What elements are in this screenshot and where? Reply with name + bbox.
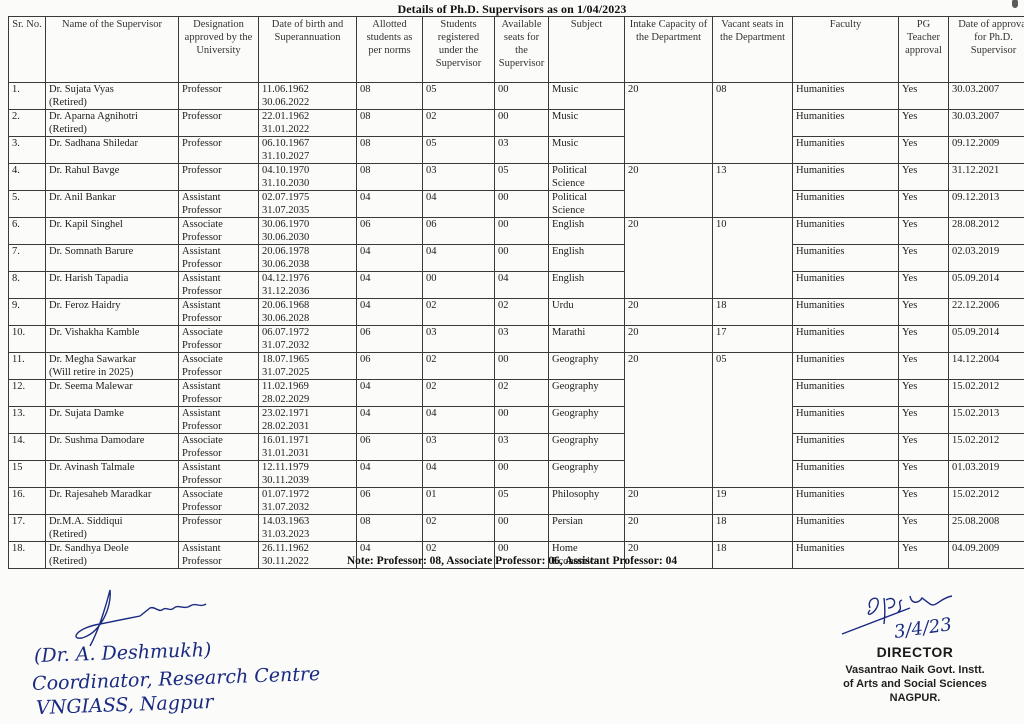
- available-seats: 00: [495, 461, 549, 488]
- dob-superannuation-line-2: 30.06.2030: [262, 232, 353, 245]
- supervisor-name: Dr. Somnath Barure: [46, 245, 179, 272]
- designation-line-1: Assistant: [182, 246, 255, 259]
- designation-line-1: Assistant: [182, 273, 255, 286]
- faculty: Humanities: [793, 488, 899, 515]
- available-seats: 03: [495, 137, 549, 164]
- designation: Professor: [179, 110, 259, 137]
- designation-line-2: Professor: [182, 502, 255, 515]
- faculty: Humanities: [793, 137, 899, 164]
- supervisor-name-line-1: Dr. Anil Bankar: [49, 192, 175, 205]
- allotted-students: 04: [357, 245, 423, 272]
- allotted-students: 04: [357, 299, 423, 326]
- faculty: Humanities: [793, 218, 899, 245]
- supervisor-name-line-2: (Retired): [49, 124, 175, 137]
- allotted-students: 04: [357, 407, 423, 434]
- subject: Music: [549, 83, 625, 110]
- director-signature-block: 3/4/23 DIRECTOR Vasantrao Naik Govt. Ins…: [830, 588, 1000, 718]
- pg-teacher-approval: Yes: [899, 488, 949, 515]
- supervisor-name-line-1: Dr. Sujata Vyas: [49, 84, 175, 97]
- dob-superannuation-line-1: 22.01.1962: [262, 111, 353, 124]
- approval-date: 30.03.2007: [949, 110, 1024, 137]
- approval-date: 15.02.2012: [949, 380, 1024, 407]
- approval-date: 31.12.2021: [949, 164, 1024, 191]
- available-seats: 03: [495, 434, 549, 461]
- registered-students: 04: [423, 461, 495, 488]
- dob-superannuation-line-2: 31.07.2025: [262, 367, 353, 380]
- sr-no: 8.: [9, 272, 46, 299]
- dob-superannuation-line-1: 20.06.1978: [262, 246, 353, 259]
- designation-line-2: Professor: [182, 259, 255, 272]
- supervisor-name: Dr. Megha Sawarkar(Will retire in 2025): [46, 353, 179, 380]
- intake-capacity: 20: [625, 488, 713, 515]
- intake-capacity: 20: [625, 299, 713, 326]
- coordinator-name: (Dr. A. Deshmukh): [34, 639, 212, 667]
- approval-date: 15.02.2012: [949, 434, 1024, 461]
- sr-no: 4.: [9, 164, 46, 191]
- sr-no: 16.: [9, 488, 46, 515]
- faculty: Humanities: [793, 164, 899, 191]
- designation-line-1: Assistant: [182, 408, 255, 421]
- coordinator-institution: VNGIASS, Nagpur: [36, 691, 214, 719]
- supervisor-name: Dr. Harish Tapadia: [46, 272, 179, 299]
- header-faculty: Faculty: [793, 17, 899, 83]
- dob-superannuation-line-1: 11.06.1962: [262, 84, 353, 97]
- table-row: 9.Dr. Feroz HaidryAssistantProfessor20.0…: [9, 299, 1024, 326]
- header-designation: Designation approved by the University: [179, 17, 259, 83]
- subject: Geography: [549, 380, 625, 407]
- available-seats: 02: [495, 380, 549, 407]
- table-row: 4.Dr. Rahul BavgeProfessor04.10.197031.1…: [9, 164, 1024, 191]
- subject: Geography: [549, 461, 625, 488]
- dob-superannuation-line-1: 18.07.1965: [262, 354, 353, 367]
- dob-superannuation-line-1: 26.11.1962: [262, 543, 353, 556]
- designation-line-2: Professor: [182, 286, 255, 299]
- institution-line-2: of Arts and Social Sciences: [830, 677, 1000, 691]
- sr-no: 7.: [9, 245, 46, 272]
- dob-superannuation-line-1: 01.07.1972: [262, 489, 353, 502]
- registered-students: 02: [423, 515, 495, 542]
- approval-date: 30.03.2007: [949, 83, 1024, 110]
- table-header-row: Sr. No. Name of the Supervisor Designati…: [9, 17, 1024, 83]
- supervisor-name-line-1: Dr. Feroz Haidry: [49, 300, 175, 313]
- designation: AssociateProfessor: [179, 218, 259, 245]
- allotted-students: 04: [357, 272, 423, 299]
- dob-superannuation-line-1: 06.07.1972: [262, 327, 353, 340]
- subject: English: [549, 218, 625, 245]
- designation: AssistantProfessor: [179, 461, 259, 488]
- designation: Professor: [179, 515, 259, 542]
- designation-line-2: Professor: [182, 475, 255, 488]
- designation-line-1: Associate: [182, 435, 255, 448]
- faculty: Humanities: [793, 299, 899, 326]
- available-seats: 00: [495, 83, 549, 110]
- available-seats: 05: [495, 164, 549, 191]
- table-row: 5.Dr. Anil BankarAssistantProfessor02.07…: [9, 191, 1024, 218]
- header-allotted: Allotted students as per norms: [357, 17, 423, 83]
- note: Note: Professor: 08, Associate Professor…: [0, 555, 1024, 567]
- sr-no: 13.: [9, 407, 46, 434]
- faculty: Humanities: [793, 515, 899, 542]
- dob-superannuation: 11.06.196230.06.2022: [259, 83, 357, 110]
- allotted-students: 08: [357, 83, 423, 110]
- designation-line-2: Professor: [182, 421, 255, 434]
- approval-date: 05.09.2014: [949, 272, 1024, 299]
- available-seats: 00: [495, 353, 549, 380]
- dob-superannuation: 20.06.196830.06.2028: [259, 299, 357, 326]
- pg-teacher-approval: Yes: [899, 245, 949, 272]
- dob-superannuation-line-2: 31.10.2030: [262, 178, 353, 191]
- table-row: 8.Dr. Harish TapadiaAssistantProfessor04…: [9, 272, 1024, 299]
- table-row: 17.Dr.M.A. Siddiqui(Retired)Professor14.…: [9, 515, 1024, 542]
- dob-superannuation: 16.01.197131.01.2031: [259, 434, 357, 461]
- allotted-students: 06: [357, 488, 423, 515]
- available-seats: 00: [495, 515, 549, 542]
- approval-date: 25.08.2008: [949, 515, 1024, 542]
- faculty: Humanities: [793, 407, 899, 434]
- header-registered: Students registered under the Supervisor: [423, 17, 495, 83]
- vacant-seats: 05: [713, 353, 793, 488]
- sr-no: 11.: [9, 353, 46, 380]
- supervisor-name-line-1: Dr. Vishakha Kamble: [49, 327, 175, 340]
- allotted-students: 04: [357, 191, 423, 218]
- dob-superannuation-line-1: 11.02.1969: [262, 381, 353, 394]
- supervisor-name-line-2: (Will retire in 2025): [49, 367, 175, 380]
- sr-no: 12.: [9, 380, 46, 407]
- dob-superannuation-line-2: 30.06.2028: [262, 313, 353, 326]
- table-row: 14.Dr. Sushma DamodareAssociateProfessor…: [9, 434, 1024, 461]
- dob-superannuation-line-1: 16.01.1971: [262, 435, 353, 448]
- dob-superannuation-line-2: 30.11.2039: [262, 475, 353, 488]
- header-available: Available seats for the Supervisor: [495, 17, 549, 83]
- sr-no: 17.: [9, 515, 46, 542]
- vacant-seats: 17: [713, 326, 793, 353]
- header-subject: Subject: [549, 17, 625, 83]
- designation: AssociateProfessor: [179, 326, 259, 353]
- dob-superannuation: 04.10.197031.10.2030: [259, 164, 357, 191]
- designation: AssistantProfessor: [179, 272, 259, 299]
- supervisor-name: Dr. Rajesaheb Maradkar: [46, 488, 179, 515]
- approval-date: 15.02.2013: [949, 407, 1024, 434]
- supervisor-name: Dr. Sujata Vyas(Retired): [46, 83, 179, 110]
- dob-superannuation-line-2: 31.10.2027: [262, 151, 353, 164]
- registered-students: 04: [423, 245, 495, 272]
- supervisor-name: Dr. Aparna Agnihotri(Retired): [46, 110, 179, 137]
- coordinator-title: Coordinator, Research Centre: [32, 663, 321, 695]
- designation-line-1: Assistant: [182, 300, 255, 313]
- registered-students: 03: [423, 164, 495, 191]
- supervisor-name: Dr. Rahul Bavge: [46, 164, 179, 191]
- allotted-students: 08: [357, 110, 423, 137]
- subject: Urdu: [549, 299, 625, 326]
- dob-superannuation-line-2: 30.06.2038: [262, 259, 353, 272]
- dob-superannuation: 11.02.196928.02.2029: [259, 380, 357, 407]
- sr-no: 15: [9, 461, 46, 488]
- supervisor-name-line-1: Dr. Aparna Agnihotri: [49, 111, 175, 124]
- sr-no: 6.: [9, 218, 46, 245]
- subject: Philosophy: [549, 488, 625, 515]
- table-row: 2.Dr. Aparna Agnihotri(Retired)Professor…: [9, 110, 1024, 137]
- designation-line-1: Assistant: [182, 543, 255, 556]
- designation-line-2: Professor: [182, 205, 255, 218]
- vacant-seats: 18: [713, 299, 793, 326]
- dob-superannuation-line-2: 28.02.2031: [262, 421, 353, 434]
- institution-line-3: NAGPUR.: [830, 691, 1000, 705]
- registered-students: 02: [423, 380, 495, 407]
- table-row: 11.Dr. Megha Sawarkar(Will retire in 202…: [9, 353, 1024, 380]
- vacant-seats: 13: [713, 164, 793, 218]
- designation: Professor: [179, 137, 259, 164]
- pg-teacher-approval: Yes: [899, 299, 949, 326]
- header-vacant: Vacant seats in the Department: [713, 17, 793, 83]
- supervisor-name: Dr. Sadhana Shiledar: [46, 137, 179, 164]
- available-seats: 00: [495, 191, 549, 218]
- approval-date: 02.03.2019: [949, 245, 1024, 272]
- header-name: Name of the Supervisor: [46, 17, 179, 83]
- sr-no: 2.: [9, 110, 46, 137]
- subject: Political Science: [549, 191, 625, 218]
- available-seats: 02: [495, 299, 549, 326]
- designation: Professor: [179, 83, 259, 110]
- subject: English: [549, 245, 625, 272]
- supervisor-name: Dr. Sujata Damke: [46, 407, 179, 434]
- designation: AssistantProfessor: [179, 380, 259, 407]
- pg-teacher-approval: Yes: [899, 191, 949, 218]
- designation-line-1: Assistant: [182, 192, 255, 205]
- table-row: 12.Dr. Seema MalewarAssistantProfessor11…: [9, 380, 1024, 407]
- dob-superannuation-line-2: 31.03.2023: [262, 529, 353, 542]
- faculty: Humanities: [793, 434, 899, 461]
- faculty: Humanities: [793, 461, 899, 488]
- available-seats: 03: [495, 326, 549, 353]
- dob-superannuation: 22.01.196231.01.2022: [259, 110, 357, 137]
- designation: AssistantProfessor: [179, 299, 259, 326]
- pg-teacher-approval: Yes: [899, 272, 949, 299]
- designation-line-1: Associate: [182, 327, 255, 340]
- table-body: 1.Dr. Sujata Vyas(Retired)Professor11.06…: [9, 83, 1024, 569]
- sr-no: 10.: [9, 326, 46, 353]
- dob-superannuation-line-2: 31.07.2032: [262, 340, 353, 353]
- document-title: Details of Ph.D. Supervisors as on 1/04/…: [0, 2, 1024, 17]
- dob-superannuation: 18.07.196531.07.2025: [259, 353, 357, 380]
- subject: Music: [549, 137, 625, 164]
- supervisor-name-line-1: Dr. Kapil Singhel: [49, 219, 175, 232]
- supervisor-name: Dr. Seema Malewar: [46, 380, 179, 407]
- available-seats: 00: [495, 110, 549, 137]
- pg-teacher-approval: Yes: [899, 110, 949, 137]
- designation-line-2: Professor: [182, 448, 255, 461]
- designation-line-2: Professor: [182, 394, 255, 407]
- dob-superannuation-line-1: 30.06.1970: [262, 219, 353, 232]
- table-row: 15Dr. Avinash TalmaleAssistantProfessor1…: [9, 461, 1024, 488]
- dob-superannuation-line-2: 31.01.2031: [262, 448, 353, 461]
- dob-superannuation: 12.11.197930.11.2039: [259, 461, 357, 488]
- approval-date: 14.12.2004: [949, 353, 1024, 380]
- coordinator-signature-block: (Dr. A. Deshmukh) Coordinator, Research …: [30, 588, 390, 724]
- intake-capacity: 20: [625, 218, 713, 299]
- designation-line-1: Associate: [182, 489, 255, 502]
- allotted-students: 06: [357, 434, 423, 461]
- subject: Marathi: [549, 326, 625, 353]
- supervisor-name-line-1: Dr. Avinash Talmale: [49, 462, 175, 475]
- supervisor-name: Dr. Feroz Haidry: [46, 299, 179, 326]
- supervisor-name-line-2: (Retired): [49, 529, 175, 542]
- supervisor-name-line-1: Dr. Harish Tapadia: [49, 273, 175, 286]
- table-row: 7.Dr. Somnath BarureAssistantProfessor20…: [9, 245, 1024, 272]
- subject: Geography: [549, 353, 625, 380]
- registered-students: 05: [423, 137, 495, 164]
- dob-superannuation: 30.06.197030.06.2030: [259, 218, 357, 245]
- supervisor-name: Dr. Anil Bankar: [46, 191, 179, 218]
- intake-capacity: 20: [625, 326, 713, 353]
- pg-teacher-approval: Yes: [899, 434, 949, 461]
- faculty: Humanities: [793, 326, 899, 353]
- faculty: Humanities: [793, 272, 899, 299]
- approval-date: 09.12.2013: [949, 191, 1024, 218]
- header-approval-date: Date of approval for Ph.D. Supervisor: [949, 17, 1024, 83]
- allotted-students: 06: [357, 353, 423, 380]
- dob-superannuation-line-2: 31.01.2022: [262, 124, 353, 137]
- pg-teacher-approval: Yes: [899, 218, 949, 245]
- approval-date: 22.12.2006: [949, 299, 1024, 326]
- registered-students: 02: [423, 110, 495, 137]
- dob-superannuation: 04.12.197631.12.2036: [259, 272, 357, 299]
- intake-capacity: 20: [625, 83, 713, 164]
- faculty: Humanities: [793, 245, 899, 272]
- registered-students: 01: [423, 488, 495, 515]
- faculty: Humanities: [793, 83, 899, 110]
- designation-line-1: Associate: [182, 354, 255, 367]
- registered-students: 04: [423, 407, 495, 434]
- supervisor-name-line-1: Dr. Seema Malewar: [49, 381, 175, 394]
- supervisor-name: Dr. Avinash Talmale: [46, 461, 179, 488]
- allotted-students: 04: [357, 380, 423, 407]
- supervisor-name: Dr. Vishakha Kamble: [46, 326, 179, 353]
- subject: Political Science: [549, 164, 625, 191]
- sr-no: 1.: [9, 83, 46, 110]
- registered-students: 02: [423, 299, 495, 326]
- registered-students: 02: [423, 353, 495, 380]
- dob-superannuation-line-2: 30.06.2022: [262, 97, 353, 110]
- table-row: 16.Dr. Rajesaheb MaradkarAssociateProfes…: [9, 488, 1024, 515]
- registered-students: 00: [423, 272, 495, 299]
- table-row: 13.Dr. Sujata DamkeAssistantProfessor23.…: [9, 407, 1024, 434]
- dob-superannuation: 01.07.197231.07.2032: [259, 488, 357, 515]
- supervisor-name-line-1: Dr. Sadhana Shiledar: [49, 138, 175, 151]
- pg-teacher-approval: Yes: [899, 461, 949, 488]
- dob-superannuation-line-1: 04.12.1976: [262, 273, 353, 286]
- table-row: 10.Dr. Vishakha KambleAssociateProfessor…: [9, 326, 1024, 353]
- dob-superannuation: 14.03.196331.03.2023: [259, 515, 357, 542]
- approval-date: 15.02.2012: [949, 488, 1024, 515]
- designation: Professor: [179, 164, 259, 191]
- sr-no: 3.: [9, 137, 46, 164]
- designation-line-2: Professor: [182, 232, 255, 245]
- available-seats: 04: [495, 272, 549, 299]
- allotted-students: 08: [357, 137, 423, 164]
- dob-superannuation: 06.07.197231.07.2032: [259, 326, 357, 353]
- faculty: Humanities: [793, 110, 899, 137]
- dob-superannuation-line-1: 14.03.1963: [262, 516, 353, 529]
- dob-superannuation-line-1: 04.10.1970: [262, 165, 353, 178]
- allotted-students: 08: [357, 164, 423, 191]
- vacant-seats: 10: [713, 218, 793, 299]
- designation-line-2: Professor: [182, 313, 255, 326]
- dob-superannuation-line-1: 12.11.1979: [262, 462, 353, 475]
- supervisor-name-line-1: Dr. Megha Sawarkar: [49, 354, 175, 367]
- pg-teacher-approval: Yes: [899, 326, 949, 353]
- designation-line-2: Professor: [182, 367, 255, 380]
- approval-date: 05.09.2014: [949, 326, 1024, 353]
- pg-teacher-approval: Yes: [899, 407, 949, 434]
- registered-students: 04: [423, 191, 495, 218]
- supervisor-name: Dr. Sushma Damodare: [46, 434, 179, 461]
- designation-line-1: Assistant: [182, 462, 255, 475]
- supervisor-name: Dr. Kapil Singhel: [46, 218, 179, 245]
- pg-teacher-approval: Yes: [899, 515, 949, 542]
- supervisor-name-line-1: Dr. Somnath Barure: [49, 246, 175, 259]
- director-title: DIRECTOR: [830, 644, 1000, 660]
- table-row: 1.Dr. Sujata Vyas(Retired)Professor11.06…: [9, 83, 1024, 110]
- pg-teacher-approval: Yes: [899, 137, 949, 164]
- header-sr-no: Sr. No.: [9, 17, 46, 83]
- dob-superannuation-line-1: 20.06.1968: [262, 300, 353, 313]
- designation-line-1: Associate: [182, 219, 255, 232]
- approval-date: 09.12.2009: [949, 137, 1024, 164]
- pg-teacher-approval: Yes: [899, 380, 949, 407]
- supervisor-name-line-1: Dr. Rahul Bavge: [49, 165, 175, 178]
- header-intake: Intake Capacity of the Department: [625, 17, 713, 83]
- pg-teacher-approval: Yes: [899, 83, 949, 110]
- vacant-seats: 18: [713, 515, 793, 542]
- available-seats: 05: [495, 488, 549, 515]
- designation: AssociateProfessor: [179, 488, 259, 515]
- faculty: Humanities: [793, 353, 899, 380]
- faculty: Humanities: [793, 380, 899, 407]
- pg-teacher-approval: Yes: [899, 353, 949, 380]
- designation-line-2: Professor: [182, 340, 255, 353]
- dob-superannuation: 20.06.197830.06.2038: [259, 245, 357, 272]
- table-row: 3.Dr. Sadhana ShiledarProfessor06.10.196…: [9, 137, 1024, 164]
- vacant-seats: 08: [713, 83, 793, 164]
- sr-no: 9.: [9, 299, 46, 326]
- approval-date: 28.08.2012: [949, 218, 1024, 245]
- dob-superannuation-line-2: 31.07.2032: [262, 502, 353, 515]
- supervisor-name-line-1: Dr. Sushma Damodare: [49, 435, 175, 448]
- registered-students: 03: [423, 326, 495, 353]
- available-seats: 00: [495, 218, 549, 245]
- supervisor-name-line-1: Dr. Rajesaheb Maradkar: [49, 489, 175, 502]
- intake-capacity: 20: [625, 353, 713, 488]
- subject: Music: [549, 110, 625, 137]
- available-seats: 00: [495, 407, 549, 434]
- dob-superannuation-line-2: 28.02.2029: [262, 394, 353, 407]
- allotted-students: 08: [357, 515, 423, 542]
- registered-students: 06: [423, 218, 495, 245]
- supervisor-name-line-2: (Retired): [49, 97, 175, 110]
- registered-students: 03: [423, 434, 495, 461]
- table-row: 6.Dr. Kapil SinghelAssociateProfessor30.…: [9, 218, 1024, 245]
- designation: AssistantProfessor: [179, 191, 259, 218]
- designation: AssistantProfessor: [179, 245, 259, 272]
- supervisors-table: Sr. No. Name of the Supervisor Designati…: [8, 16, 1024, 569]
- director-institution: Vasantrao Naik Govt. Instt. of Arts and …: [830, 663, 1000, 705]
- supervisor-name: Dr.M.A. Siddiqui(Retired): [46, 515, 179, 542]
- designation: AssociateProfessor: [179, 434, 259, 461]
- approval-date: 01.03.2019: [949, 461, 1024, 488]
- designation: AssistantProfessor: [179, 407, 259, 434]
- sr-no: 14.: [9, 434, 46, 461]
- intake-capacity: 20: [625, 515, 713, 542]
